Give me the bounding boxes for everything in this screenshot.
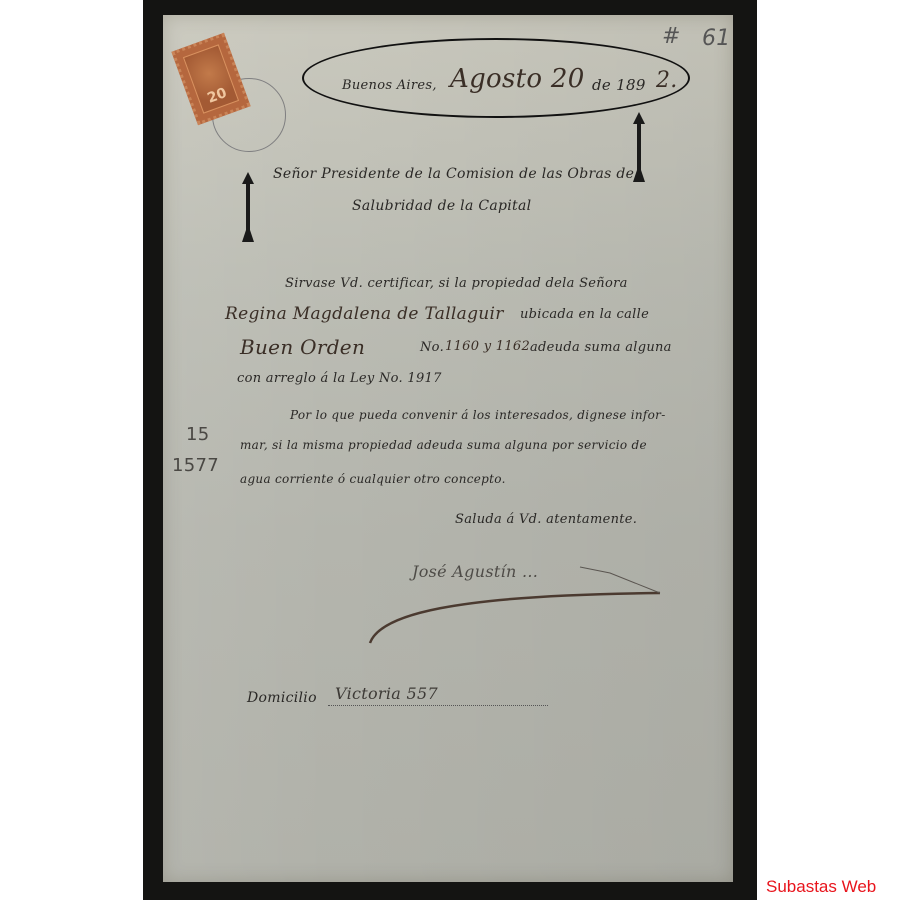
domicilio-value: Victoria 557	[335, 684, 438, 703]
date-place: Buenos Aires,	[342, 78, 437, 93]
domicilio-label: Domicilio	[247, 690, 317, 706]
body-p1-line-4: con arreglo á la Ley No. 1917	[237, 371, 442, 386]
owner-name: Regina Magdalena de Tallaguir	[225, 304, 504, 324]
body-p2-line-3: agua corriente ó cualquier otro concepto…	[240, 472, 506, 486]
street-number: 1160 y 1162	[445, 339, 530, 354]
addressee-line-1: Señor Presidente de la Comision de las O…	[273, 166, 634, 182]
date-year-prefix: de 189	[592, 76, 646, 94]
signature-flourish	[360, 555, 680, 645]
corner-struck-mark: #	[662, 24, 681, 49]
body-p1-line-2: ubicada en la calle	[520, 307, 649, 322]
corner-note: 61	[702, 26, 731, 51]
street-name: Buen Orden	[240, 335, 365, 359]
date-month-day: Agosto 20	[450, 64, 585, 94]
closing-salutation: Saluda á Vd. atentamente.	[455, 512, 637, 527]
number-label: No.	[420, 340, 444, 355]
margin-note-1: 15	[186, 424, 210, 445]
body-p1-line-3: adeuda suma alguna	[530, 340, 672, 355]
body-p2-line-2: mar, si la misma propiedad adeuda suma a…	[240, 438, 647, 452]
arrow-up-icon	[241, 172, 255, 244]
body-p2-line-1: Por lo que pueda convenir á los interesa…	[290, 408, 666, 422]
date-year-suffix: 2.	[656, 68, 678, 93]
body-p1-line-1: Sirvase Vd. certificar, si la propiedad …	[285, 276, 628, 291]
domicilio-dotted-line	[328, 705, 548, 706]
watermark-text: Subastas Web	[766, 877, 876, 897]
margin-note-2: 1577	[172, 455, 219, 476]
addressee-line-2: Salubridad de la Capital	[352, 198, 531, 214]
